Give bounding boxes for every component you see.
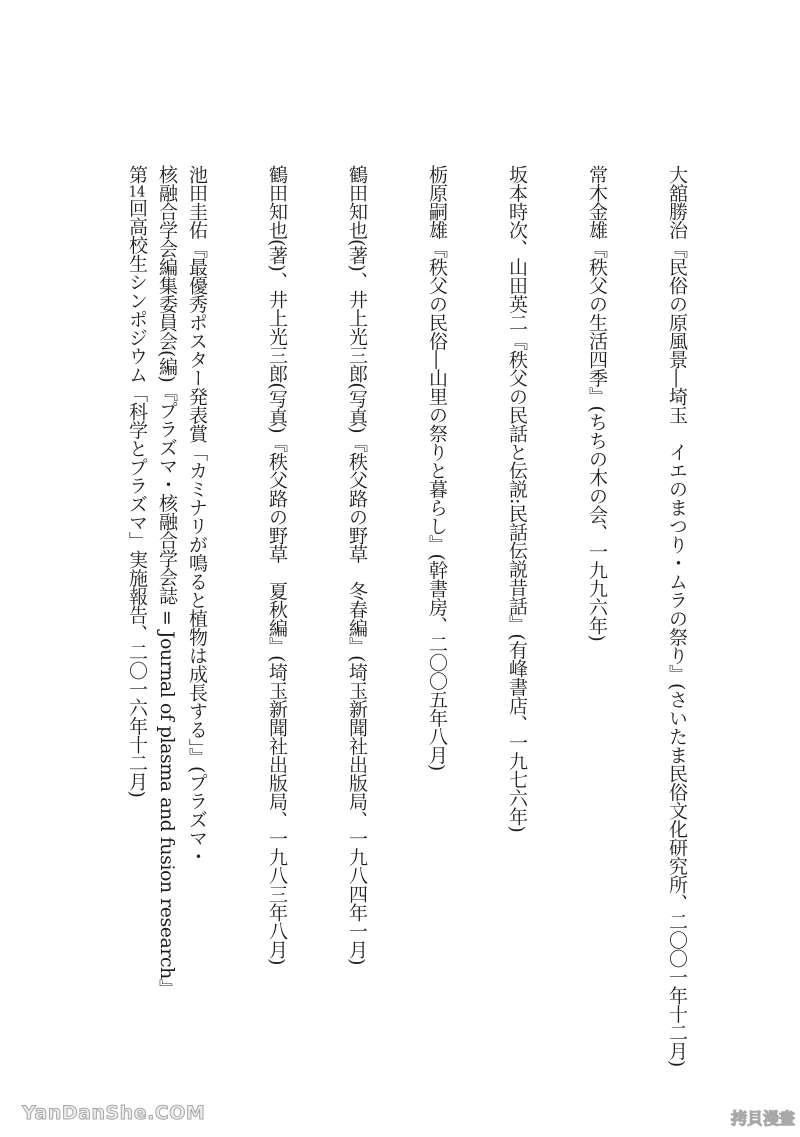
bib-entry-ohdate: 大舘勝治『民俗の原風景―埼玉 イエのまつり・ムラの祭り』(さいたま民俗文化研究所… xyxy=(662,165,692,1125)
bib-entry-line: 鶴田知也(著)、井上光三郎(写真)『秩父路の野草 夏秋編』(埼玉新聞社出版局、一… xyxy=(262,165,292,1125)
document-page: 大舘勝治『民俗の原風景―埼玉 イエのまつり・ムラの祭り』(さいたま民俗文化研究所… xyxy=(0,0,800,1137)
bib-entry-line: 池田圭佑『最優秀ポスター発表賞「カミナリが鳴ると植物は成長する」』(プラズマ・ xyxy=(182,165,212,1125)
tatechuyoko-number: 14 xyxy=(128,184,146,199)
bib-entry-tsuneki: 常木金雄『秩父の生活四季』(ちちの木の会、一九九六年) xyxy=(582,165,612,1125)
watermark-yandanshe: YanDanShe.COM xyxy=(22,1102,205,1124)
bib-entry-tsuruta-fuyuharu: 鶴田知也(著)、井上光三郎(写真)『秩父路の野草 冬春編』(埼玉新聞社出版局、一… xyxy=(342,165,372,1125)
bib-entry-line: 核融合学会編集委員会(編)『プラズマ・核融合学会誌 = Journal of p… xyxy=(152,165,182,1125)
bib-entry-ikeda: 池田圭佑『最優秀ポスター発表賞「カミナリが鳴ると植物は成長する」』(プラズマ・ … xyxy=(122,165,212,1125)
bib-entry-tsuruta-natsuaki: 鶴田知也(著)、井上光三郎(写真)『秩父路の野草 夏秋編』(埼玉新聞社出版局、一… xyxy=(262,165,292,1125)
bib-line-text: 回高校生シンポジウム「科学とプラズマ」実施報告、二〇一六年十二月) xyxy=(126,199,148,798)
watermark-copymanga: 拷貝漫畫 xyxy=(731,1106,795,1129)
bib-entry-line: 大舘勝治『民俗の原風景―埼玉 イエのまつり・ムラの祭り』(さいたま民俗文化研究所… xyxy=(662,165,692,1125)
bib-entry-tochihara: 栃原嗣雄『秩父の民俗―山里の祭りと暮らし』(幹書房、二〇〇五年八月) xyxy=(422,165,452,1125)
bib-entry-line: 鶴田知也(著)、井上光三郎(写真)『秩父路の野草 冬春編』(埼玉新聞社出版局、一… xyxy=(342,165,372,1125)
bib-entry-sakamoto-yamada: 坂本時次、山田英二『秩父の民話と伝説:民話伝説昔話』(有峰書店、一九七六年) xyxy=(502,165,532,1125)
bib-entry-line: 栃原嗣雄『秩父の民俗―山里の祭りと暮らし』(幹書房、二〇〇五年八月) xyxy=(422,165,452,1125)
bibliography-list: 大舘勝治『民俗の原風景―埼玉 イエのまつり・ムラの祭り』(さいたま民俗文化研究所… xyxy=(122,165,692,1125)
bib-entry-line: 第14回高校生シンポジウム「科学とプラズマ」実施報告、二〇一六年十二月) xyxy=(122,165,152,1125)
bib-line-text: 第 xyxy=(126,165,148,184)
bib-entry-line: 坂本時次、山田英二『秩父の民話と伝説:民話伝説昔話』(有峰書店、一九七六年) xyxy=(502,165,532,1125)
bib-entry-line: 常木金雄『秩父の生活四季』(ちちの木の会、一九九六年) xyxy=(582,165,612,1125)
